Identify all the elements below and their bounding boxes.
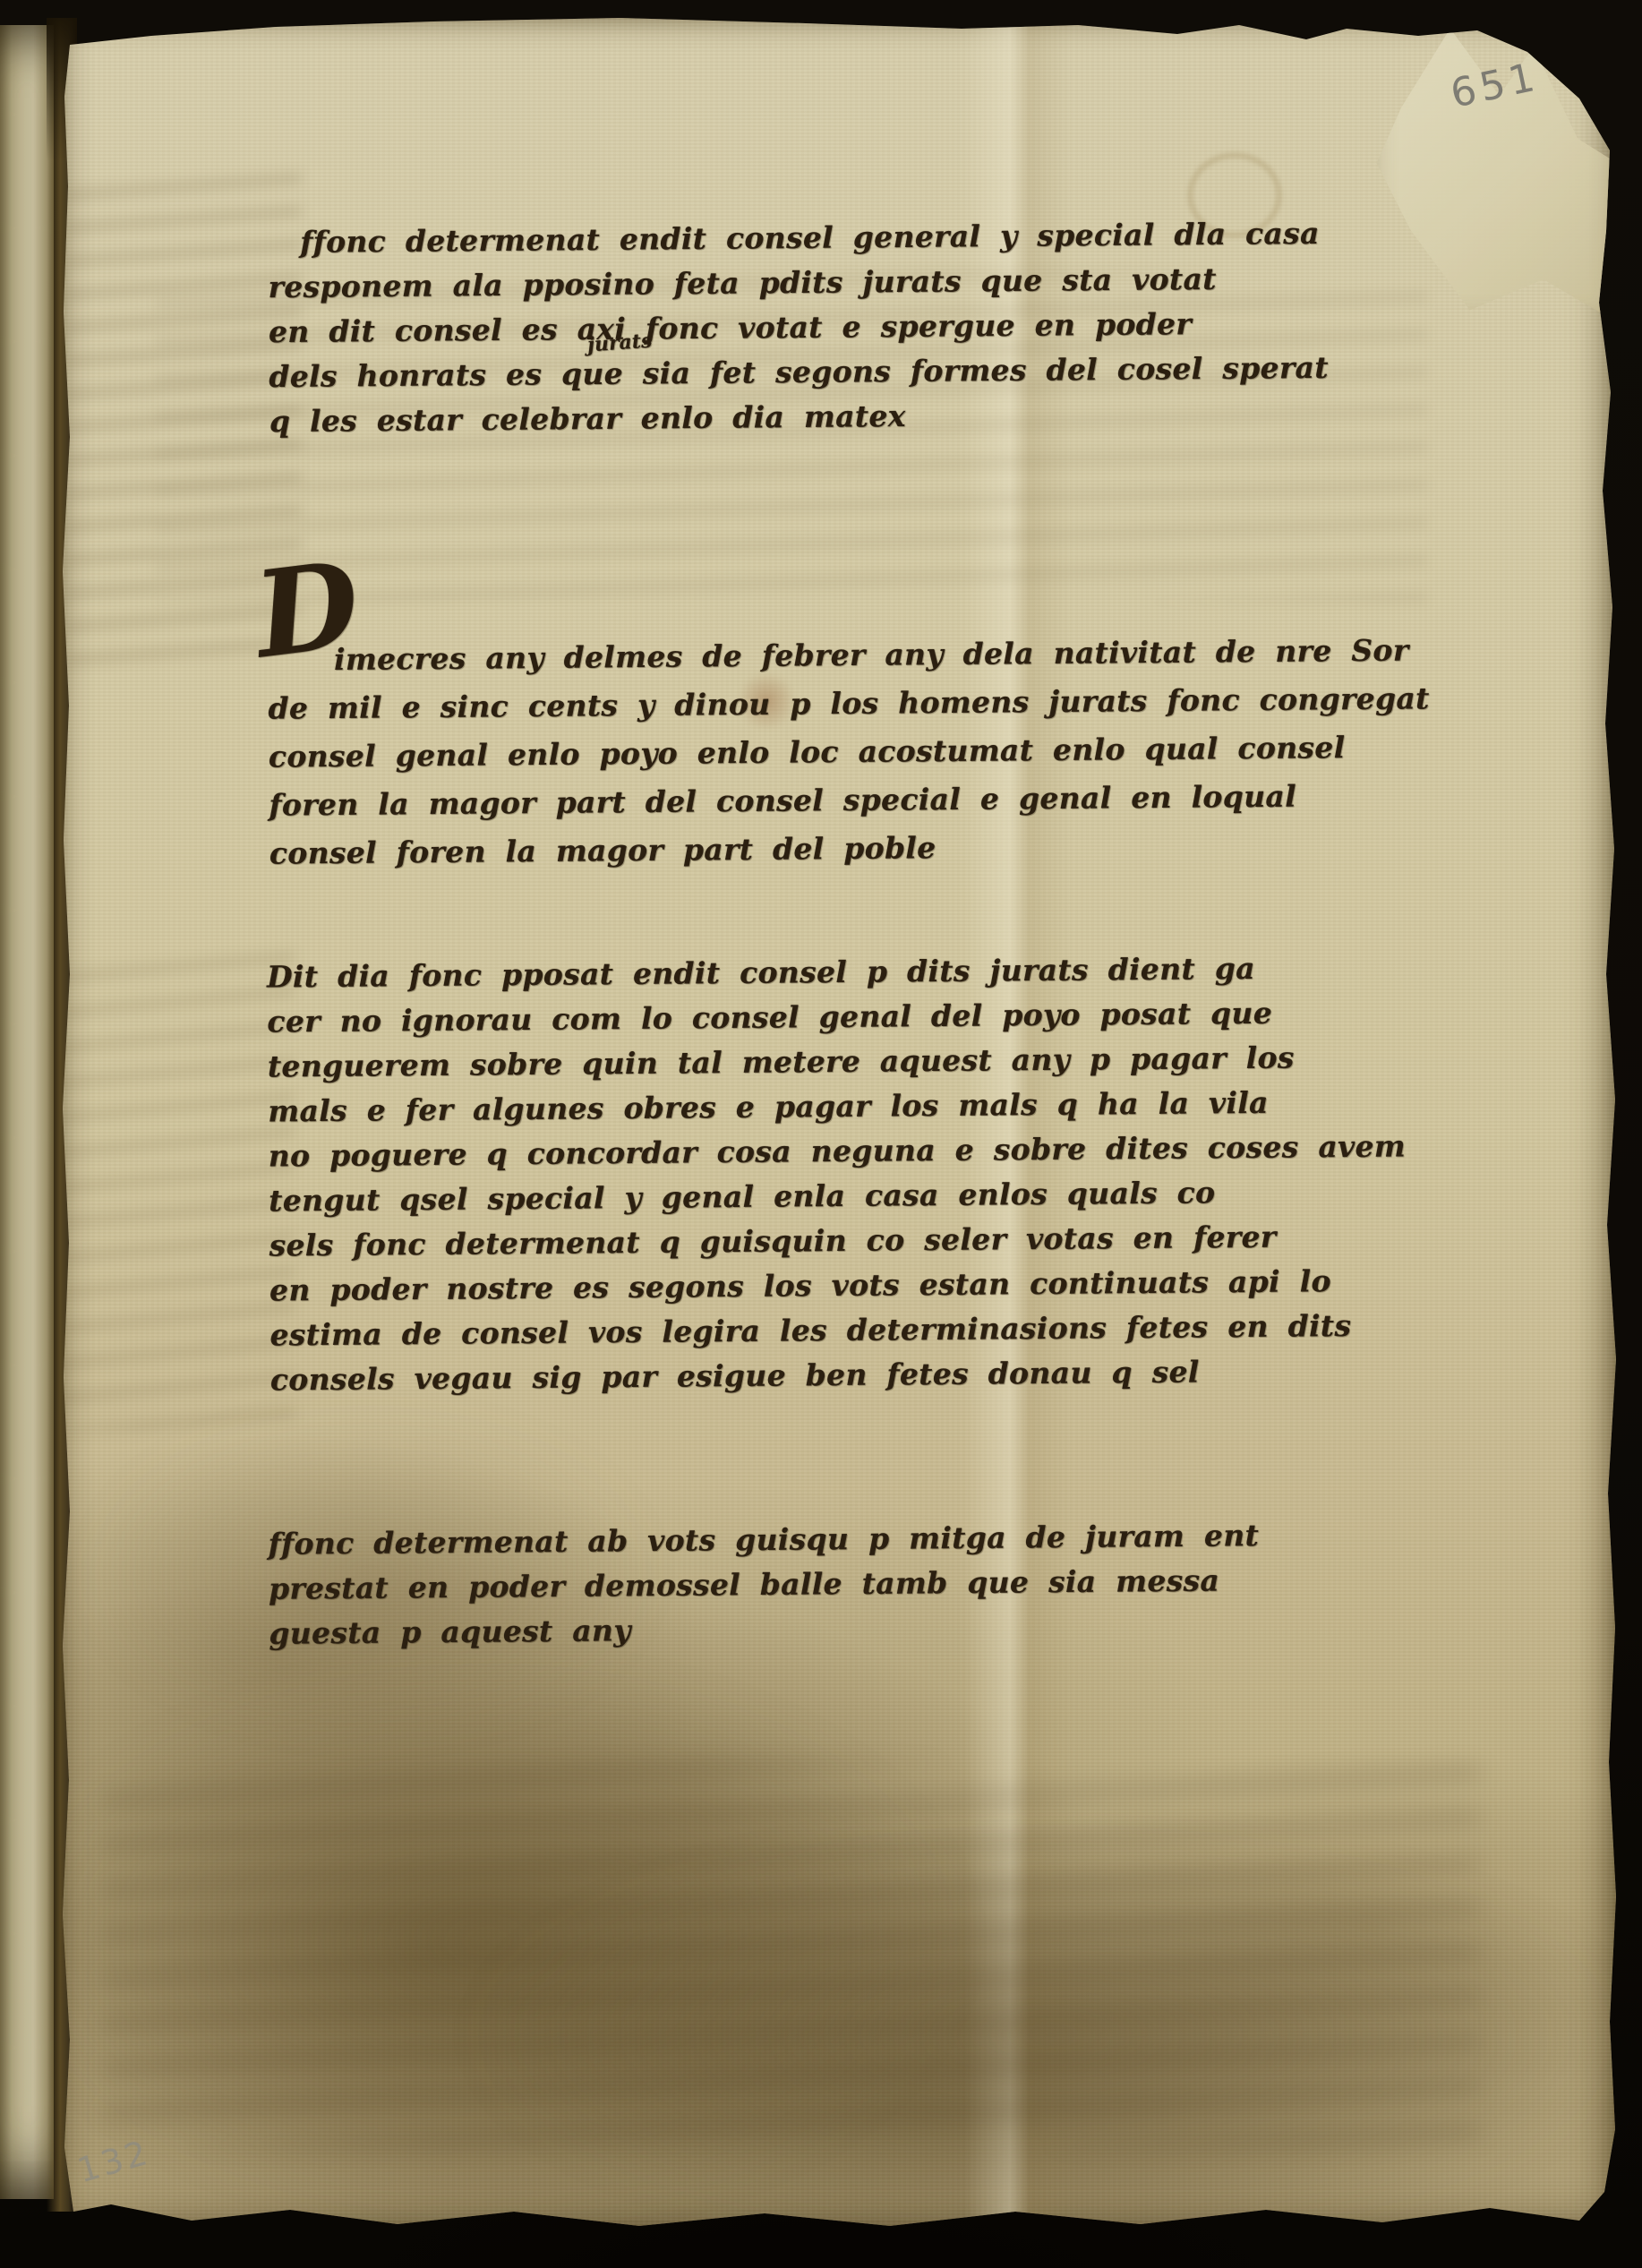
- text-line: guesta p aquest any: [269, 1607, 1260, 1661]
- paragraph-determination: ffonc determenat ab vots guisqu p mitga …: [268, 1518, 1260, 1661]
- manuscript-page: 651 132 ffonc determenat endit consel ge…: [57, 16, 1617, 2238]
- text-line: consels vegau sig par esigue ben fetes d…: [270, 1352, 1408, 1407]
- paragraph-proposal: Dit dia fonc pposat endit consel p dits …: [267, 949, 1408, 1407]
- show-through-smudge: [57, 947, 295, 1431]
- text-line: consel foren la magor part del poble: [269, 826, 1432, 884]
- paragraph-session-record: imecres any delmes de febrer any dela na…: [268, 632, 1431, 884]
- manuscript-scan: 651 132 ffonc determenat endit consel ge…: [0, 0, 1642, 2268]
- water-stain: [478, 1834, 1624, 2237]
- text-line: q les estar celebrar enlo dia matex: [269, 395, 1330, 449]
- paragraph-resolution: ffonc determenat endit consel general y …: [268, 216, 1330, 449]
- adjacent-page-edge: [0, 25, 54, 2199]
- interlinear-insertion: jurats: [586, 330, 653, 357]
- pencil-archive-number: 132: [73, 2133, 155, 2191]
